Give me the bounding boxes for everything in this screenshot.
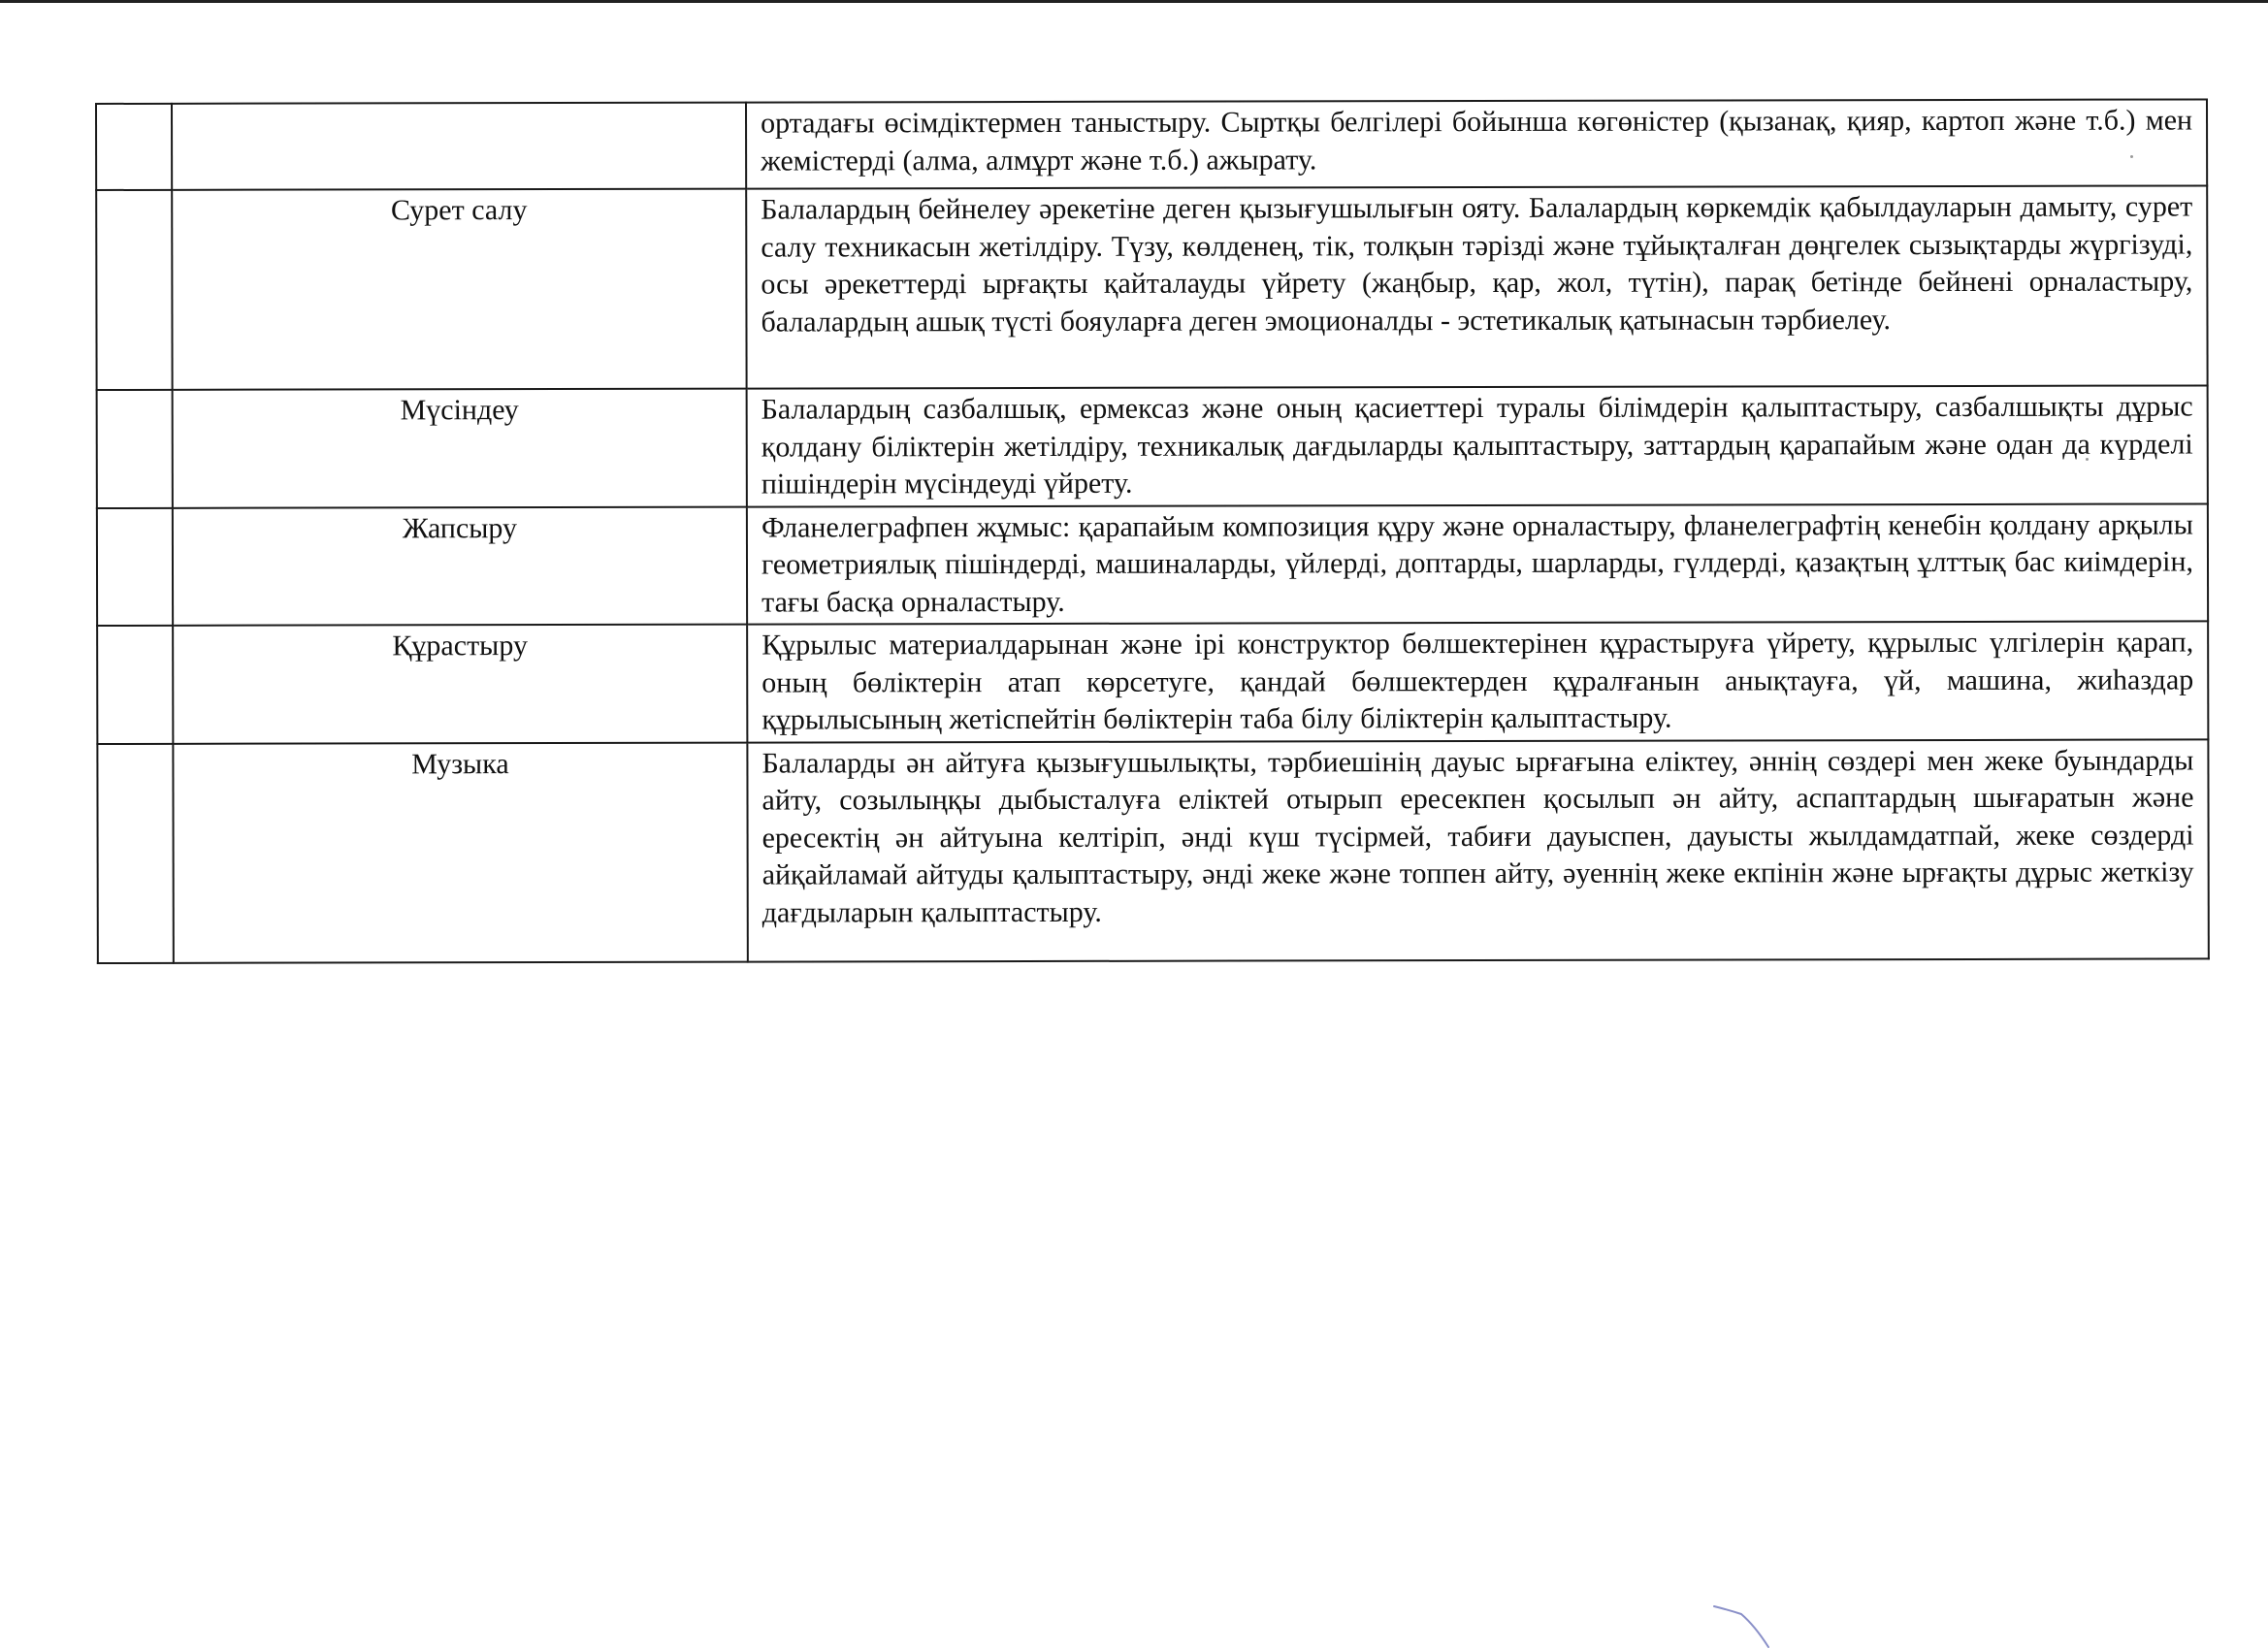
table-row: Құрастыру Құрылыс материалдарынан және і… xyxy=(97,621,2208,743)
row-number-cell xyxy=(97,507,173,626)
scan-speck xyxy=(2086,458,2089,461)
subject-cell xyxy=(172,103,746,190)
scan-edge-shadow xyxy=(0,0,2268,3)
scanned-page: ортадағы өсімдіктермен таныстыру. Сыртқы… xyxy=(0,0,2268,1649)
subject-cell: Құрастыру xyxy=(173,625,747,744)
content-cell: Балалардың сазбалшық, ермексаз және оның… xyxy=(747,385,2208,506)
subject-cell: Жапсыру xyxy=(173,506,747,626)
table-row: ортадағы өсімдіктермен таныстыру. Сыртқы… xyxy=(96,99,2207,190)
subject-cell: Музыка xyxy=(173,742,747,962)
row-number-cell xyxy=(96,104,172,190)
subject-cell: Сурет салу xyxy=(172,189,746,390)
subject-cell: Мүсіндеу xyxy=(173,389,747,508)
table-row: Музыка Балаларды ән айтуға қызығушылықты… xyxy=(97,739,2208,963)
curriculum-table: ортадағы өсімдіктермен таныстыру. Сыртқы… xyxy=(95,98,2210,963)
content-cell: ортадағы өсімдіктермен таныстыру. Сыртқы… xyxy=(746,99,2207,188)
table-row: Сурет салу Балалардың бейнелеу әрекетіне… xyxy=(96,185,2207,390)
row-number-cell xyxy=(97,626,173,744)
table-row: Жапсыру Фланелеграфпен жұмыс: қарапайым … xyxy=(97,503,2208,626)
row-number-cell xyxy=(97,390,173,508)
content-cell: Фланелеграфпен жұмыс: қарапайым композиц… xyxy=(747,503,2208,625)
content-cell: Балалардың бейнелеу әрекетіне деген қызы… xyxy=(746,185,2207,388)
row-number-cell xyxy=(97,743,173,962)
pen-stray-mark xyxy=(1712,1602,1780,1649)
row-number-cell xyxy=(96,190,172,390)
scan-speck xyxy=(2130,155,2133,158)
content-cell: Құрылыс материалдарынан және ірі констру… xyxy=(747,621,2208,742)
table-row: Мүсіндеу Балалардың сазбалшық, ермексаз … xyxy=(97,385,2208,507)
content-cell: Балаларды ән айтуға қызығушылықты, тәрби… xyxy=(747,739,2208,961)
